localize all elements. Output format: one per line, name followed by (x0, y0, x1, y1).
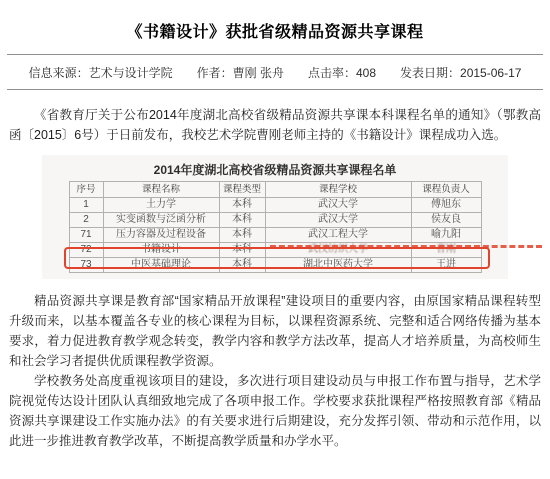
cell-index: 71 (69, 228, 103, 243)
cell-index: 72 (69, 243, 103, 258)
cell-leader: 侯友良 (411, 213, 481, 228)
header-cell-course-type: 课程类型 (219, 182, 265, 198)
header-cell-leader: 课程负责人 (411, 182, 481, 198)
info-author-value: 曹刚 张舟 (233, 66, 284, 80)
cell-course-name: 实变函数与泛函分析 (103, 213, 219, 228)
paragraph-course-intro: 精品资源共享课是教育部“国家精品开放课程”建设项目的重要内容，由原国家精品课程转… (9, 291, 541, 371)
info-author-label: 作者： (197, 66, 233, 80)
cell-course-type: 本科 (219, 213, 265, 228)
info-hits-value: 408 (356, 66, 376, 80)
cell-course-name: 中医基础理论 (103, 258, 219, 273)
info-item-source: 信息来源：艺术与设计学院 (29, 64, 173, 81)
cell-index: 73 (69, 258, 103, 273)
cell-leader: 王进 (411, 258, 481, 273)
cell-course-name: 书籍设计 (103, 243, 219, 258)
info-item-hits: 点击率：408 (308, 64, 376, 81)
cell-course-type: 本科 (219, 258, 265, 273)
cell-index: 2 (69, 213, 103, 228)
cell-course-name: 土力学 (103, 198, 219, 213)
table-row: 1 土力学 本科 武汉大学 傅旭东 (69, 198, 481, 213)
cell-leader: 傅旭东 (411, 198, 481, 213)
header-cell-index: 序号 (69, 182, 103, 198)
header-cell-course-name: 课程名称 (103, 182, 219, 198)
course-table: 序号 课程名称 课程类型 课程学校 课程负责人 1 土力学 本科 武汉大学 傅旭… (69, 181, 482, 273)
table-header-row: 序号 课程名称 课程类型 课程学校 课程负责人 (69, 182, 481, 198)
info-item-date: 发表日期：2015-06-17 (400, 64, 521, 81)
cell-index: 1 (69, 198, 103, 213)
cell-leader: 曹刚 (411, 243, 481, 258)
table-row-highlighted: 72 书籍设计 本科 武汉纺织大学 曹刚 (69, 243, 481, 258)
cell-course-name: 压力容器及过程设备 (103, 228, 219, 243)
cell-school: 武汉大学 (265, 213, 411, 228)
cell-leader: 喻九阳 (411, 228, 481, 243)
info-item-author: 作者：曹刚 张舟 (197, 64, 284, 81)
paragraph-school-effort: 学校教务处高度重视该项目的建设，多次进行项目建设动员与申报工作布置与指导，艺术学… (9, 371, 541, 451)
cell-school: 武汉工程大学 (265, 228, 411, 243)
info-source-label: 信息来源： (29, 66, 89, 80)
table-row: 73 中医基础理论 本科 湖北中医药大学 王进 (69, 258, 481, 273)
course-table-section: 2014年度湖北高校省级精品资源共享课程名单 序号 课程名称 课程类型 课程学校… (42, 155, 508, 279)
info-source-value: 艺术与设计学院 (89, 66, 173, 80)
cell-course-type: 本科 (219, 228, 265, 243)
page-title: 《书籍设计》获批省级精品资源共享课程 (0, 19, 550, 42)
cell-school: 武汉纺织大学 (265, 243, 411, 258)
cell-course-type: 本科 (219, 243, 265, 258)
table-row: 2 实变函数与泛函分析 本科 武汉大学 侯友良 (69, 213, 481, 228)
info-hits-label: 点击率： (308, 66, 356, 80)
table-title: 2014年度湖北高校省级精品资源共享课程名单 (42, 161, 508, 178)
info-date-label: 发表日期： (400, 66, 460, 80)
cell-course-type: 本科 (219, 198, 265, 213)
cell-school: 湖北中医药大学 (265, 258, 411, 273)
paragraph-announcement: 《省教育厅关于公布2014年度湖北高校省级精品资源共享课本科课程名单的通知》（鄂… (9, 105, 541, 145)
header-cell-school: 课程学校 (265, 182, 411, 198)
cell-school: 武汉大学 (265, 198, 411, 213)
table-row: 71 压力容器及过程设备 本科 武汉工程大学 喻九阳 (69, 228, 481, 243)
article-page: 《书籍设计》获批省级精品资源共享课程 信息来源：艺术与设计学院 作者：曹刚 张舟… (0, 19, 550, 451)
info-date-value: 2015-06-17 (460, 66, 521, 80)
info-bar: 信息来源：艺术与设计学院 作者：曹刚 张舟 点击率：408 发表日期：2015-… (7, 54, 543, 90)
